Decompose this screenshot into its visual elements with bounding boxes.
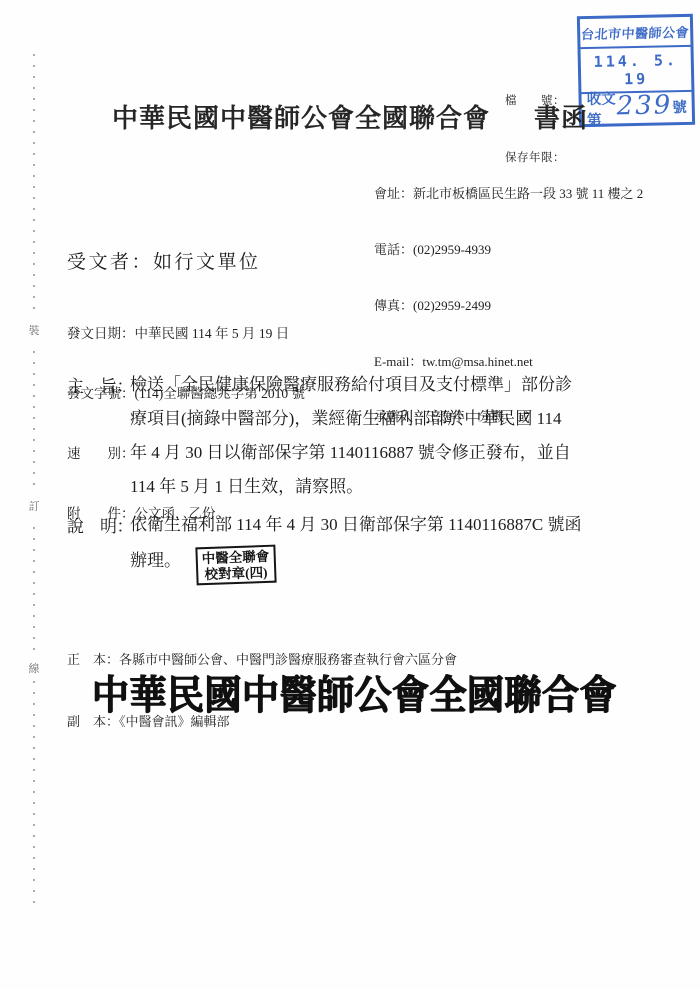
binding-dotted-line: [33, 54, 35, 910]
contact-address: 會址：新北市板橋區民生路一段 33 號 11 樓之 2: [374, 185, 643, 204]
issuing-org-name: 中華民國中醫師公會全國聯合會: [112, 98, 490, 135]
scanned-official-letter: 裝 訂 線 檔 號： 保存年限： 台北市中醫師公會 114. 5. 19 收文第…: [0, 0, 700, 989]
document-title: 中華民國中醫師公會全國聯合會 書函: [0, 98, 700, 135]
issue-date-line: 發文日期：中華民國 114 年 5 月 19 日: [67, 324, 305, 344]
explanation-label: 說 明：: [67, 512, 133, 537]
binding-mark-zhuang: 裝: [27, 318, 41, 342]
footer-org-seal: 中華民國中醫師公會全國聯合會: [92, 662, 617, 720]
proof-stamp-line1: 中醫全聯會: [201, 549, 269, 567]
document-type: 書函: [534, 98, 588, 135]
contact-phone: 電話：(02)2959-4939: [374, 241, 643, 260]
subject-block: 主 旨： 檢送「全民健康保險醫療服務給付項目及支付標準」部份診 療項目(摘錄中醫…: [67, 372, 572, 508]
subject-line: 檢送「全民健康保險醫療服務給付項目及支付標準」部份診: [130, 372, 572, 406]
explanation-line: 依衛生福利部 114 年 4 月 30 日衛部保字第 1140116887C 號…: [130, 512, 581, 548]
contact-fax: 傳真：(02)2959-2499: [374, 297, 643, 316]
subject-line: 114 年 5 月 1 日生效，請察照。: [130, 474, 572, 508]
proof-stamp-line2: 校對章(四): [202, 564, 270, 582]
proofreading-stamp: 中醫全聯會 校對章(四): [195, 545, 276, 586]
contact-email: E-mail：tw.tm@msa.hinet.net: [374, 353, 643, 372]
subject-line: 療項目(摘錄中醫部分)，業經衛生福利部部於中華民國 114: [130, 406, 572, 440]
binding-mark-ding: 訂: [27, 494, 41, 518]
subject-lines: 檢送「全民健康保險醫療服務給付項目及支付標準」部份診 療項目(摘錄中醫部分)，業…: [130, 372, 572, 508]
explanation-block: 說 明： 依衛生福利部 114 年 4 月 30 日衛部保字第 11401168…: [67, 512, 581, 584]
binding-mark-xian: 線: [27, 656, 41, 680]
subject-line: 年 4 月 30 日以衛部保字第 1140116887 號令修正發布，並自: [130, 440, 572, 474]
receipt-stamp-org: 台北市中醫師公會: [579, 17, 691, 47]
subject-label: 主 旨：: [67, 372, 133, 397]
recipient-line: 受文者：如行文單位: [67, 247, 261, 274]
